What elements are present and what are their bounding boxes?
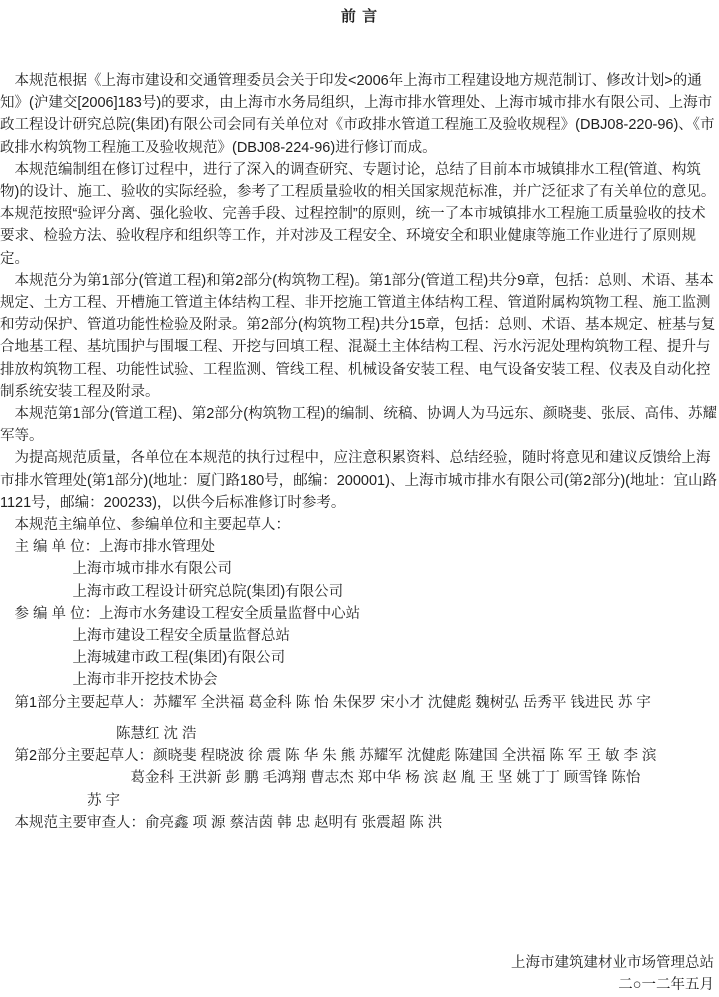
credit-line: 本规范主要审查人：俞亮鑫 项 源 蔡洁茵 韩 忠 赵明有 张震超 陈 洪 [0,812,719,834]
footer-organization: 上海市建筑建材业市场管理总站 [511,952,714,974]
credit-line: 主 编 单 位：上海市排水管理处 [0,536,719,558]
paragraph: 本规范编制组在修订过程中，进行了深入的调查研究、专题讨论，总结了目前本市城镇排水… [0,159,719,270]
document-footer: 上海市建筑建材业市场管理总站 二○一二年五月 [511,952,714,996]
credit-line: 上海市建设工程安全质量监督总站 [0,625,719,647]
document-page: 前 言 本规范根据《上海市建设和交通管理委员会关于印发<2006年上海市工程建设… [0,0,719,997]
credit-line: 本规范主编单位、参编单位和主要起草人： [0,514,719,536]
credit-line: 苏 宇 [0,790,719,812]
credit-line: 上海城建市政工程(集团)有限公司 [0,647,719,669]
credit-line: 第1部分主要起草人：苏耀军 全洪福 葛金科 陈 怡 朱保罗 宋小才 沈健彪 魏树… [0,692,719,714]
credit-line: 上海市非开挖技术协会 [0,669,719,691]
document-body: 本规范根据《上海市建设和交通管理委员会关于印发<2006年上海市工程建设地方规范… [0,70,719,834]
paragraph: 本规范根据《上海市建设和交通管理委员会关于印发<2006年上海市工程建设地方规范… [0,70,719,159]
credit-line: 葛金科 王洪新 彭 鹏 毛鸿翔 曹志杰 郑中华 杨 滨 赵 胤 王 坚 姚丁丁 … [0,767,719,789]
footer-date: 二○一二年五月 [511,974,714,996]
credits-block: 本规范主编单位、参编单位和主要起草人： 主 编 单 位：上海市排水管理处 上海市… [0,514,719,834]
credit-line: 第2部分主要起草人：颜晓斐 程晓波 徐 震 陈 华 朱 熊 苏耀军 沈健彪 陈建… [0,745,719,767]
page-title: 前 言 [0,0,719,28]
paragraph: 为提高规范质量，各单位在本规范的执行过程中，应注意积累资料、总结经验，随时将意见… [0,447,719,514]
credit-line: 参 编 单 位：上海市水务建设工程安全质量监督中心站 [0,603,719,625]
paragraph: 本规范分为第1部分(管道工程)和第2部分(构筑物工程)。第1部分(管道工程)共分… [0,270,719,403]
credit-line: 上海市城市排水有限公司 [0,558,719,580]
credit-line: 上海市政工程设计研究总院(集团)有限公司 [0,581,719,603]
credit-line: 陈慧红 沈 浩 [0,723,719,745]
paragraph: 本规范第1部分(管道工程)、第2部分(构筑物工程)的编制、统稿、协调人为马远东、… [0,403,719,447]
blank-line-spacer [0,714,719,723]
